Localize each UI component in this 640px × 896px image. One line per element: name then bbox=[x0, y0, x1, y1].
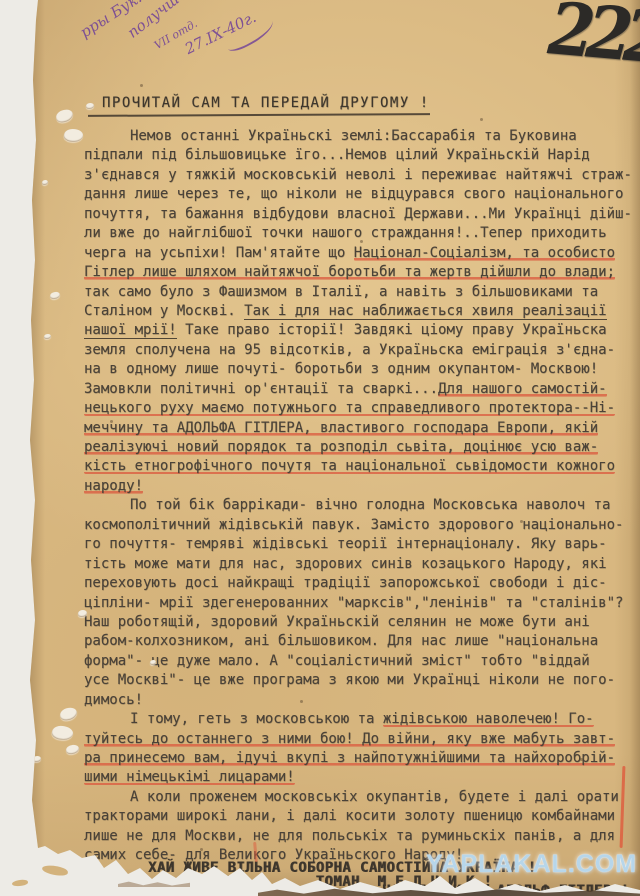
text-line: Сталіном у Москві. Так і для нас наближа… bbox=[84, 302, 632, 321]
damage-spot bbox=[55, 108, 74, 123]
torn-paper-fragment bbox=[118, 881, 190, 887]
damage-spot bbox=[63, 128, 84, 144]
text-line: кість етногрофічного почутя та національ… bbox=[84, 457, 632, 476]
text-line: усе Москві"- це вже програма з якою ми У… bbox=[84, 671, 632, 690]
text-line: лише не для Москви, не для польськіх та … bbox=[84, 827, 632, 846]
damage-spot bbox=[59, 707, 78, 722]
text-line: тість може мати для нас, здорових синів … bbox=[84, 555, 632, 574]
page-number-stamp: 222 bbox=[545, 0, 640, 80]
paper-speck bbox=[200, 848, 203, 851]
paper-sheet: рры Бук. получши VII отд. 27.ІХ-40г. 222… bbox=[0, 0, 640, 896]
text-line: димось! bbox=[84, 691, 632, 710]
watermark: YAPLAKAL.COM bbox=[426, 850, 637, 879]
paper-crumb bbox=[42, 864, 69, 876]
text-line: А коли проженем московськіх окупантів, б… bbox=[84, 788, 632, 807]
paper-speck bbox=[300, 700, 303, 703]
paper-speck bbox=[360, 240, 363, 243]
text-line: го почуття- темряві жідівські теорії інт… bbox=[84, 535, 632, 554]
text-line: космополітичний жідівській павук. Заміст… bbox=[84, 516, 632, 535]
paper-speck bbox=[580, 758, 583, 761]
text-line: переховують досі найкращі традіції запор… bbox=[84, 574, 632, 593]
title-underline bbox=[88, 113, 430, 117]
document-title: ПРОЧИТАЙ САМ ТА ПЕРЕДАЙ ДРУГОМУ ! bbox=[102, 95, 430, 111]
text-line: нашої мрії! Таке право історії! Завдякі … bbox=[84, 321, 632, 340]
text-line: Наш роботящій, здоровий Україньскій селя… bbox=[84, 613, 632, 632]
text-line: І тому, геть з московською та жідівською… bbox=[84, 710, 632, 729]
text-line: на в одному лише почуті- боротьби з одни… bbox=[84, 360, 632, 379]
text-line: Немов останні Україньскі землі:Бассарабі… bbox=[84, 127, 632, 146]
text-line: ли вже до найглібшої точки нашого стражд… bbox=[84, 224, 632, 243]
text-line: тракторами широкі лани, і далі косити зо… bbox=[84, 807, 632, 826]
paper-crumb bbox=[12, 879, 29, 888]
damage-spot bbox=[50, 292, 61, 300]
damage-spot bbox=[44, 334, 51, 339]
paper-speck bbox=[520, 520, 523, 523]
text-line: туйтесь до останнего з ними бою! До війн… bbox=[84, 730, 632, 749]
text-line: Гітлер лише шляхом найтяжчої боротьби та… bbox=[84, 263, 632, 282]
text-line: реалізуючі новий порядок та розподіл сьв… bbox=[84, 438, 632, 457]
text-line: народу! bbox=[84, 477, 632, 496]
damage-spot bbox=[66, 744, 80, 754]
text-line: так само було з Фашизмом в Італії, а нав… bbox=[84, 283, 632, 302]
text-line: рабом-колхозником, ані більшовиком. Для … bbox=[84, 632, 632, 651]
scanned-document-page: { "page": { "number_stamp": "222", "wate… bbox=[0, 0, 640, 896]
paper-speck bbox=[480, 118, 483, 121]
paper-speck bbox=[110, 420, 113, 423]
paper-speck bbox=[140, 84, 143, 87]
text-line: меччину та АДОЛЬФА ГІТЛЕРА, властивого г… bbox=[84, 419, 632, 438]
text-line: форма"- це дуже мало. А "соціалістичний … bbox=[84, 652, 632, 671]
text-line: ціпліни- мрії здегенерованних "марксів",… bbox=[84, 594, 632, 613]
text-line: нецького руху маємо потужнього та справе… bbox=[84, 399, 632, 418]
damage-spot bbox=[86, 103, 94, 109]
text-line: ра принесемо вам, ідучі вкупі з найпотуж… bbox=[84, 749, 632, 768]
damage-spot bbox=[42, 180, 48, 185]
text-line: почуття, та бажання відбудови власної Де… bbox=[84, 205, 632, 224]
text-line: шими німецькімі лицарами! bbox=[84, 768, 632, 787]
text-line: підпали під більшовицьке їго...Немов ціл… bbox=[84, 146, 632, 165]
text-line: черга на усьпіхи! Пам'ятайте що Націонал… bbox=[84, 244, 632, 263]
text-line: По той бік баррікади- вічно голодна Моск… bbox=[84, 496, 632, 515]
text-line: земля сполучена на 95 відсотків, а Украї… bbox=[84, 341, 632, 360]
damage-spot bbox=[51, 724, 74, 742]
document-body: Немов останні Україньскі землі:Бассарабі… bbox=[84, 127, 632, 866]
text-line: з'єднався у тяжкій московській неволі і … bbox=[84, 166, 632, 185]
text-line: дання лише через те, що ніколи не відцур… bbox=[84, 185, 632, 204]
text-line: Замовкли політичні ор'єнтації та сваркі.… bbox=[84, 380, 632, 399]
